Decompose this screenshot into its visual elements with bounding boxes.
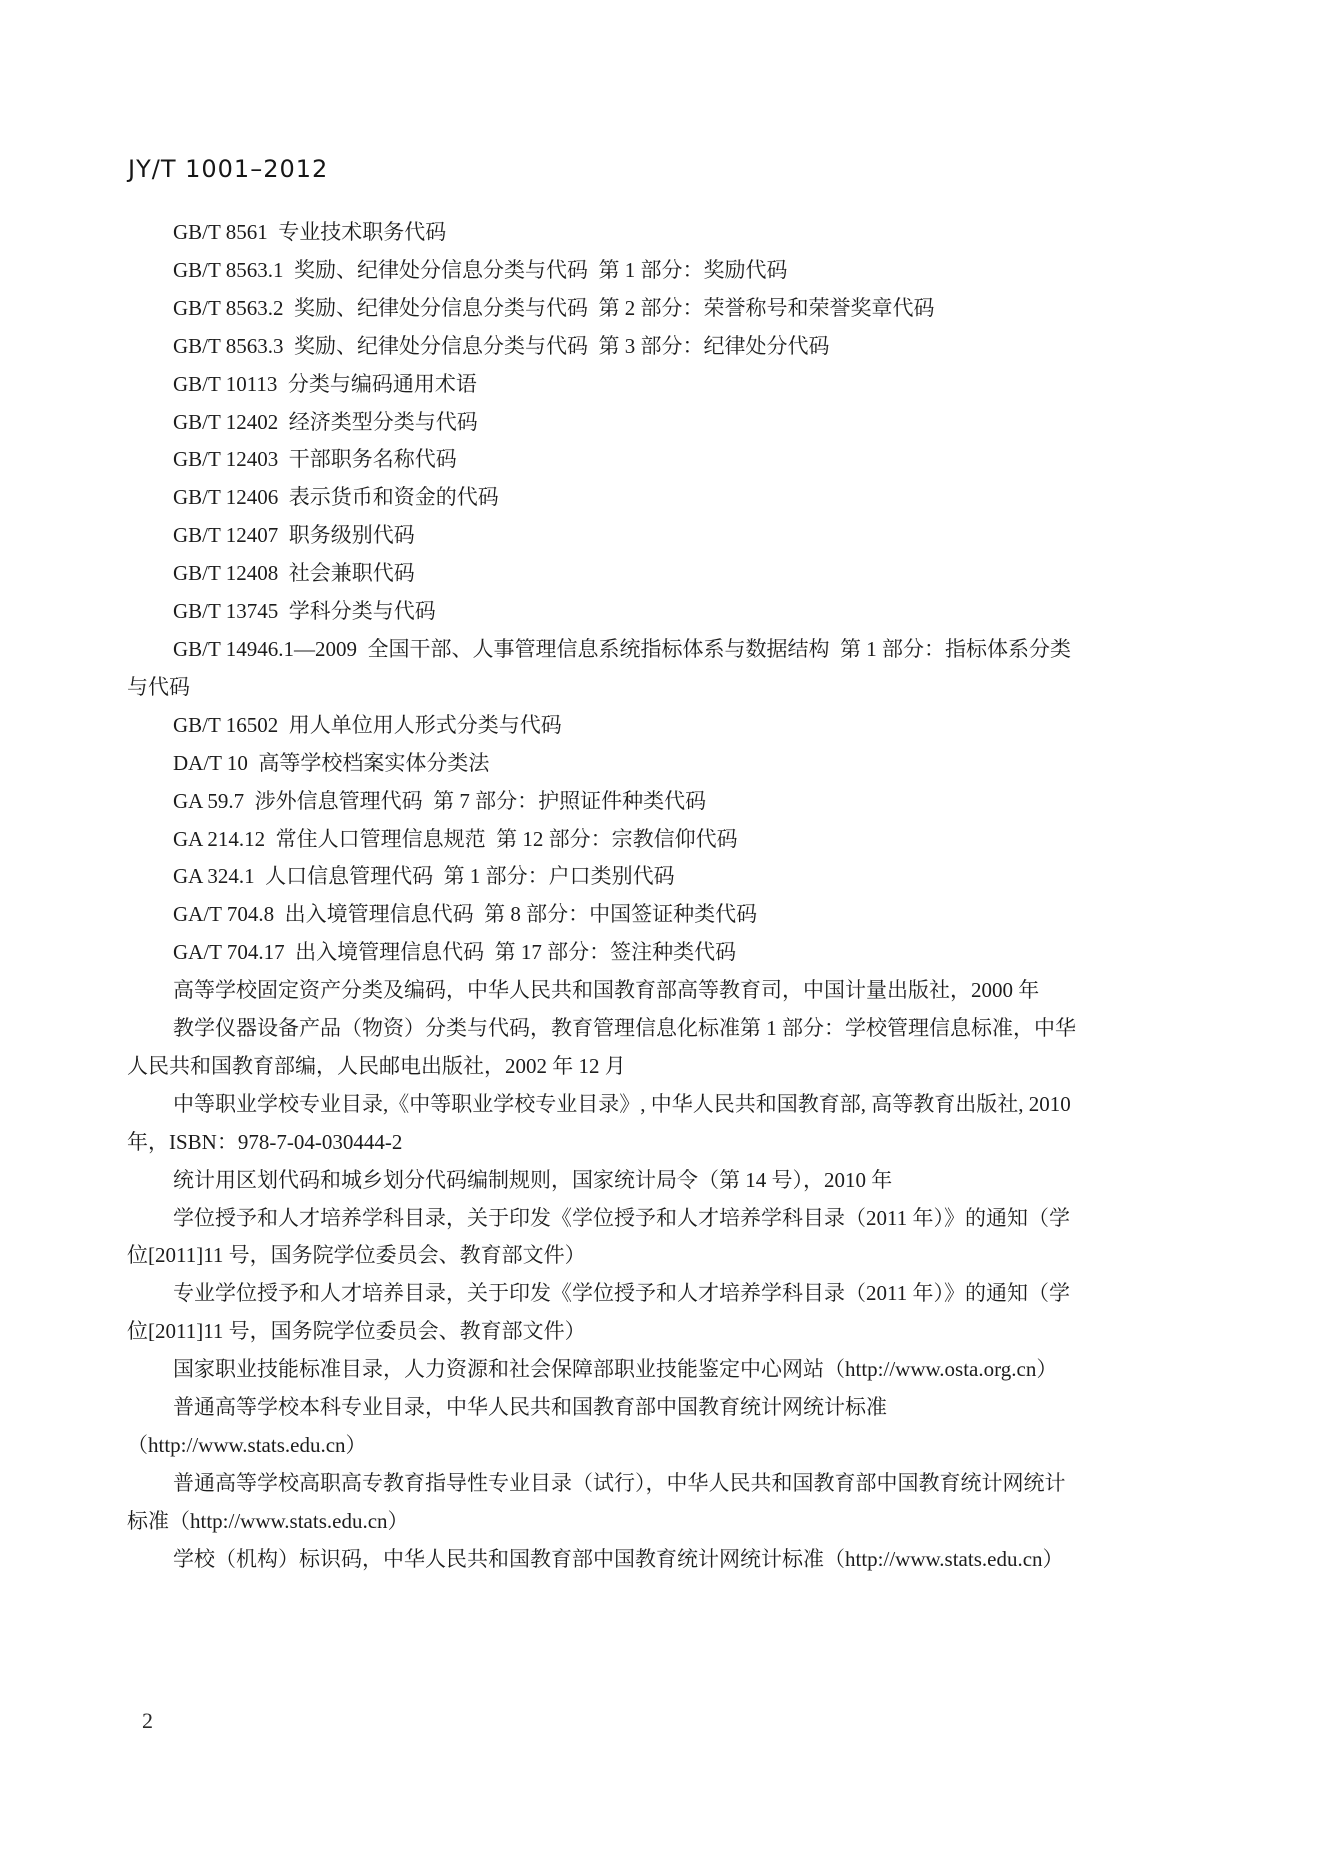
reference-line: GA/T 704.17 出入境管理信息代码 第 17 部分：签注种类代码 bbox=[127, 934, 1217, 972]
reference-line: GB/T 10113 分类与编码通用术语 bbox=[127, 366, 1217, 404]
normative-references-list: GB/T 8561 专业技术职务代码 GB/T 8563.1 奖励、纪律处分信息… bbox=[127, 214, 1217, 1579]
reference-line: 国家职业技能标准目录，人力资源和社会保障部职业技能鉴定中心网站（http://w… bbox=[127, 1351, 1217, 1389]
reference-line: GB/T 8563.1 奖励、纪律处分信息分类与代码 第 1 部分：奖励代码 bbox=[127, 252, 1217, 290]
reference-line: GB/T 8563.3 奖励、纪律处分信息分类与代码 第 3 部分：纪律处分代码 bbox=[127, 328, 1217, 366]
reference-line-continuation: 人民共和国教育部编，人民邮电出版社，2002 年 12 月 bbox=[127, 1048, 1217, 1086]
reference-line: 中等职业学校专业目录,《中等职业学校专业目录》, 中华人民共和国教育部, 高等教… bbox=[127, 1086, 1217, 1124]
reference-line: 学位授予和人才培养学科目录，关于印发《学位授予和人才培养学科目录（2011 年）… bbox=[127, 1200, 1217, 1238]
reference-line: GA/T 704.8 出入境管理信息代码 第 8 部分：中国签证种类代码 bbox=[127, 896, 1217, 934]
reference-line: GB/T 8561 专业技术职务代码 bbox=[127, 214, 1217, 252]
standard-code-header: JY/T 1001–2012 bbox=[128, 155, 328, 183]
reference-line: GA 214.12 常住人口管理信息规范 第 12 部分：宗教信仰代码 bbox=[127, 821, 1217, 859]
reference-line: GB/T 12408 社会兼职代码 bbox=[127, 555, 1217, 593]
reference-line: GB/T 16502 用人单位用人形式分类与代码 bbox=[127, 707, 1217, 745]
reference-line: GB/T 8563.2 奖励、纪律处分信息分类与代码 第 2 部分：荣誉称号和荣… bbox=[127, 290, 1217, 328]
reference-line: GA 59.7 涉外信息管理代码 第 7 部分：护照证件种类代码 bbox=[127, 783, 1217, 821]
reference-line: GB/T 12406 表示货币和资金的代码 bbox=[127, 479, 1217, 517]
reference-line: 专业学位授予和人才培养目录，关于印发《学位授予和人才培养学科目录（2011 年）… bbox=[127, 1275, 1217, 1313]
reference-line: GB/T 12402 经济类型分类与代码 bbox=[127, 404, 1217, 442]
page-number: 2 bbox=[142, 1708, 153, 1734]
document-page: JY/T 1001–2012 GB/T 8561 专业技术职务代码 GB/T 8… bbox=[0, 0, 1323, 1871]
reference-line-continuation: （http://www.stats.edu.cn） bbox=[127, 1427, 1217, 1465]
reference-line: DA/T 10 高等学校档案实体分类法 bbox=[127, 745, 1217, 783]
reference-line: 学校（机构）标识码，中华人民共和国教育部中国教育统计网统计标准（http://w… bbox=[127, 1541, 1217, 1579]
reference-line: 高等学校固定资产分类及编码，中华人民共和国教育部高等教育司，中国计量出版社，20… bbox=[127, 972, 1217, 1010]
reference-line-continuation: 年，ISBN：978-7-04-030444-2 bbox=[127, 1124, 1217, 1162]
reference-line: 统计用区划代码和城乡划分代码编制规则，国家统计局令（第 14 号），2010 年 bbox=[127, 1162, 1217, 1200]
reference-line: 普通高等学校本科专业目录，中华人民共和国教育部中国教育统计网统计标准 bbox=[127, 1389, 1217, 1427]
reference-line: GA 324.1 人口信息管理代码 第 1 部分：户口类别代码 bbox=[127, 858, 1217, 896]
reference-line-continuation: 与代码 bbox=[127, 669, 1217, 707]
reference-line-continuation: 位[2011]11 号，国务院学位委员会、教育部文件） bbox=[127, 1237, 1217, 1275]
reference-line: GB/T 12403 干部职务名称代码 bbox=[127, 441, 1217, 479]
reference-line-continuation: 标准（http://www.stats.edu.cn） bbox=[127, 1503, 1217, 1541]
reference-line: GB/T 12407 职务级别代码 bbox=[127, 517, 1217, 555]
reference-line: 教学仪器设备产品（物资）分类与代码，教育管理信息化标准第 1 部分：学校管理信息… bbox=[127, 1010, 1217, 1048]
reference-line: GB/T 13745 学科分类与代码 bbox=[127, 593, 1217, 631]
reference-line: 普通高等学校高职高专教育指导性专业目录（试行），中华人民共和国教育部中国教育统计… bbox=[127, 1465, 1217, 1503]
reference-line: GB/T 14946.1—2009 全国干部、人事管理信息系统指标体系与数据结构… bbox=[127, 631, 1217, 669]
reference-line-continuation: 位[2011]11 号，国务院学位委员会、教育部文件） bbox=[127, 1313, 1217, 1351]
